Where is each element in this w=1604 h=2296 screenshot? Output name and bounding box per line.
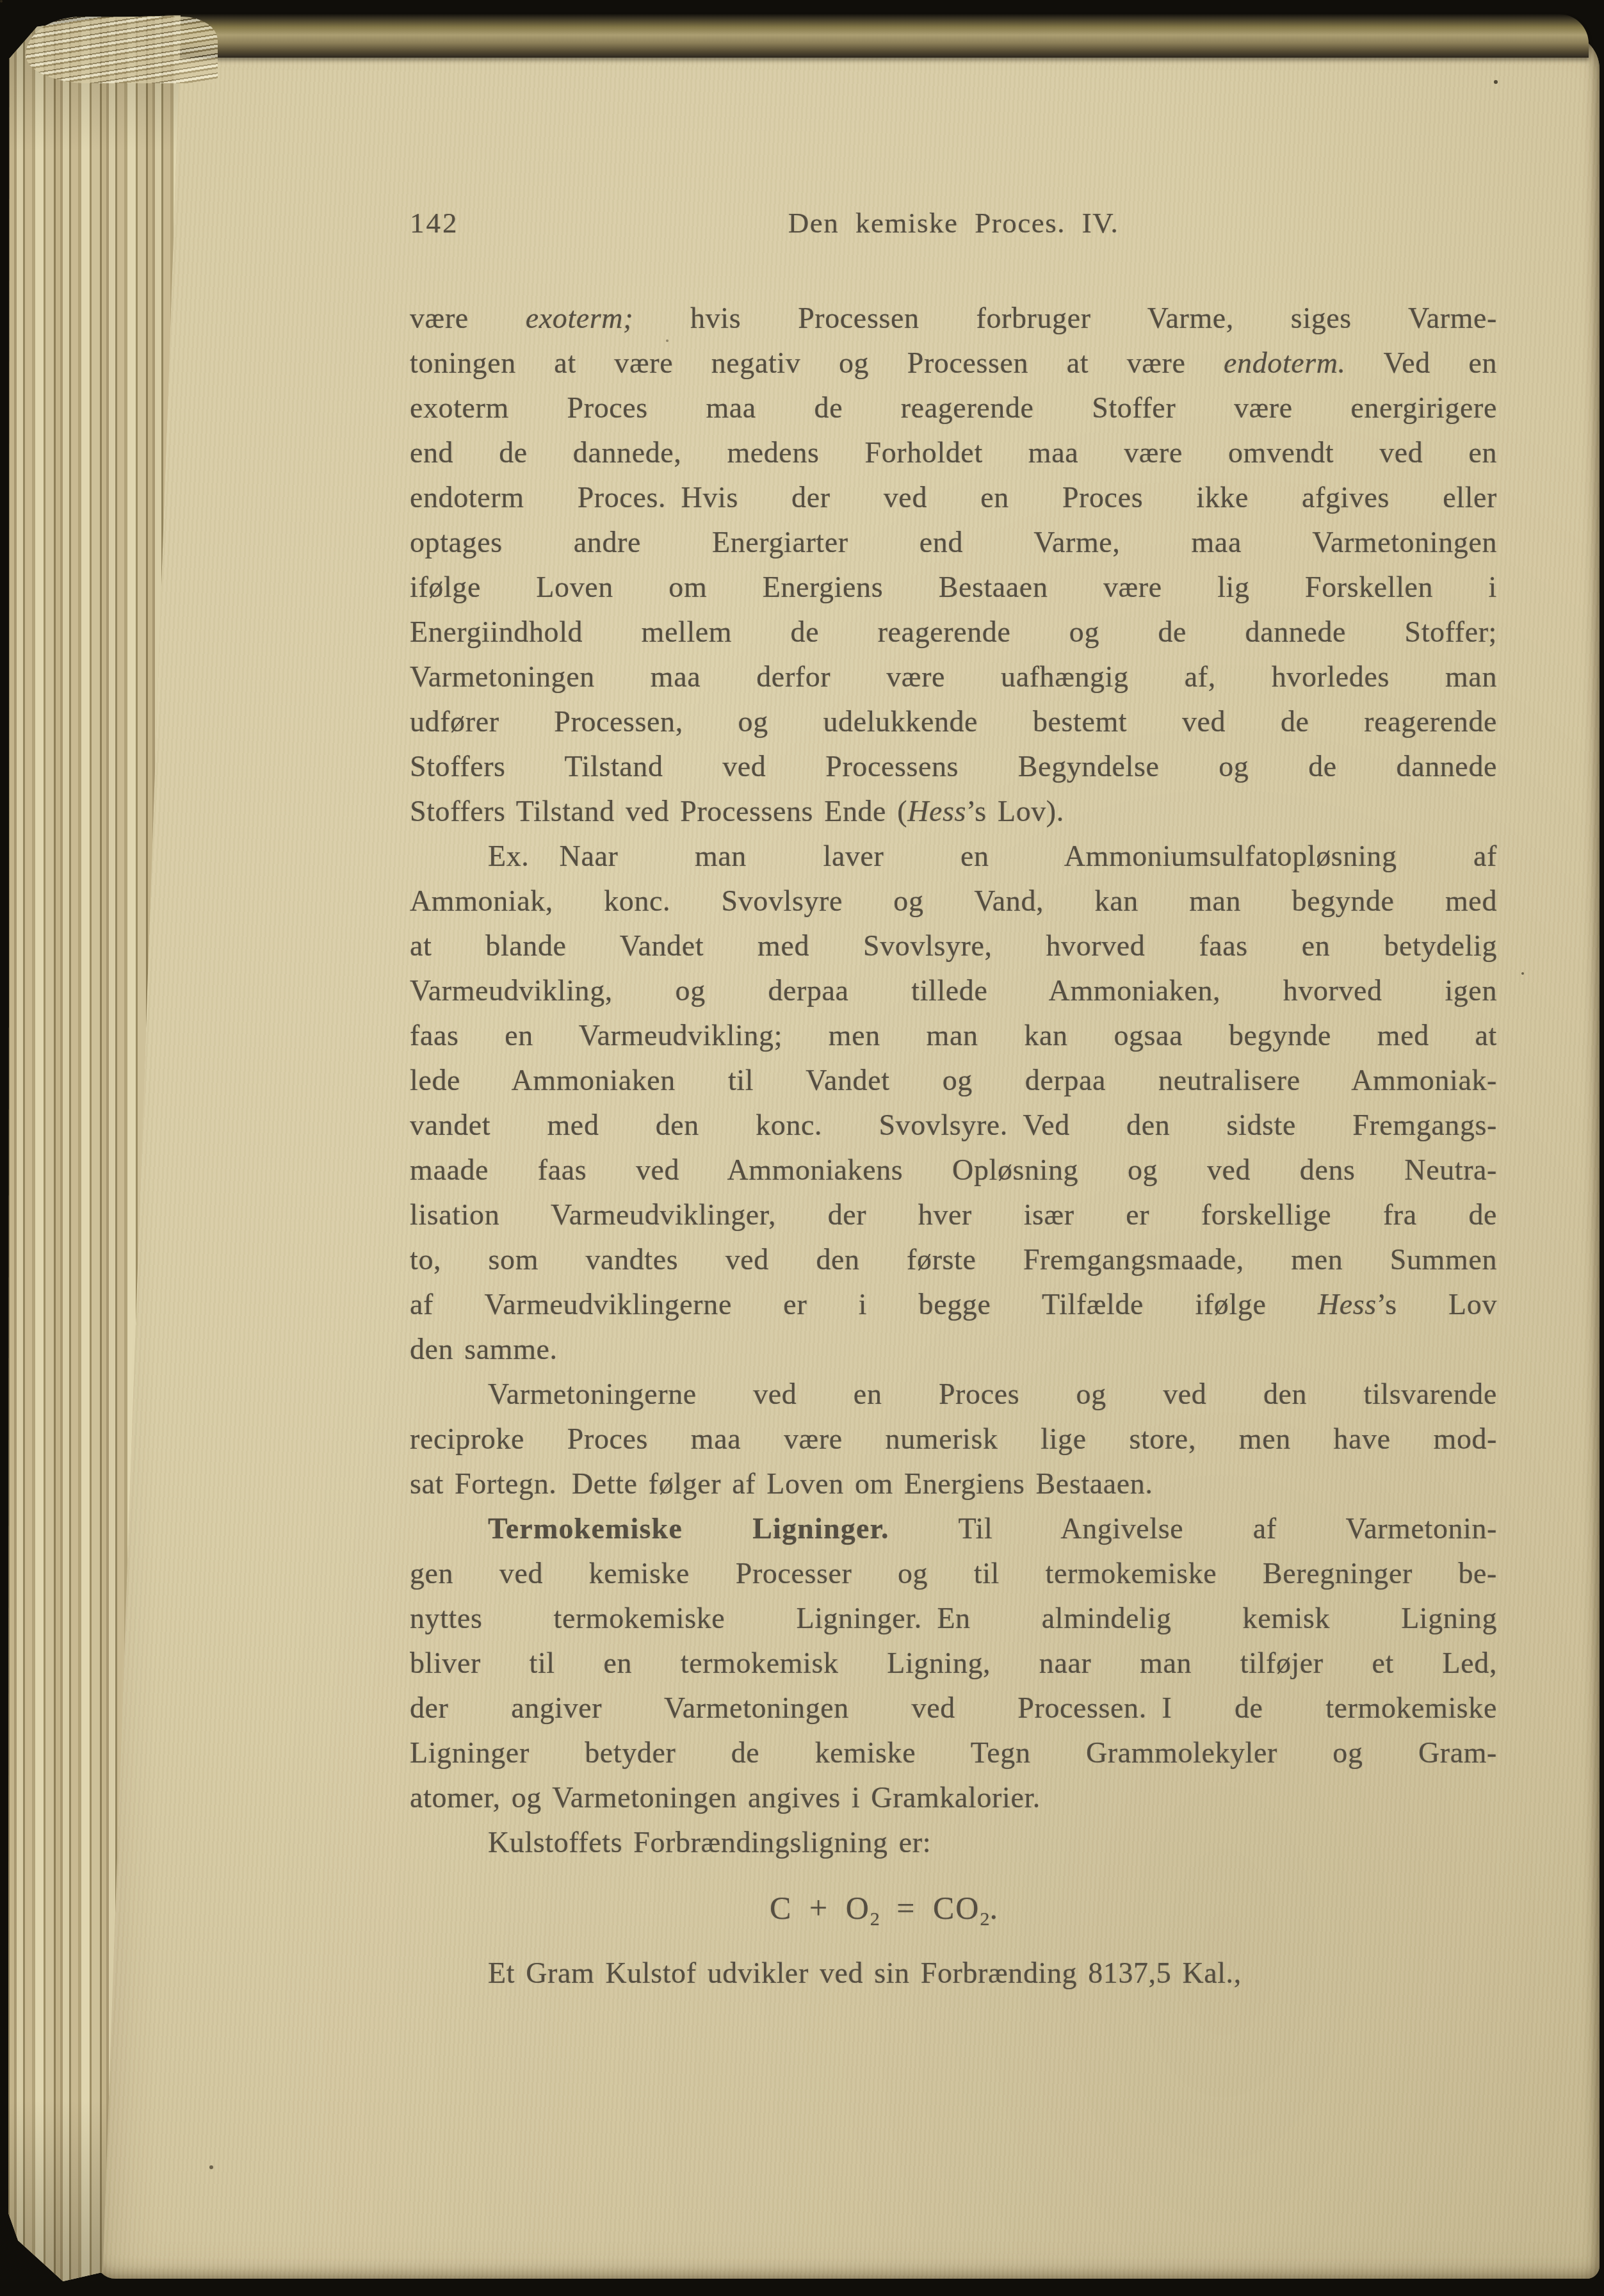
text-segment: toningen at være negativ og Processen at… <box>410 346 1224 379</box>
text-segment: . <box>989 1890 999 1926</box>
text-segment: Varmetoningerne ved en Proces og ved den… <box>488 1378 1497 1410</box>
text-segment: to, som vandtes ved den første Fremgangs… <box>410 1243 1497 1276</box>
text-segment: Varmeudvikling, og derpaa tillede Ammoni… <box>410 974 1497 1007</box>
text-segment: = CO <box>880 1890 980 1926</box>
text-line: Ligninger betyder de kemiske Tegn Grammo… <box>410 1730 1497 1775</box>
text-segment: udfører Processen, og udelukkende bestem… <box>410 705 1497 738</box>
text-segment: Stoffers Tilstand ved Processens Ende ( <box>410 795 907 827</box>
text-line: at blande Vandet med Svovlsyre, hvorved … <box>410 924 1497 968</box>
text-segment: at blande Vandet med Svovlsyre, hvorved … <box>410 929 1497 962</box>
text-line: af Varmeudviklingerne er i begge Tilfæld… <box>410 1282 1497 1327</box>
page-header: 142 Den kemiske Proces. IV. <box>410 204 1497 242</box>
text-segment: Ex. Naar man laver en Ammoniumsulfatoplø… <box>488 840 1497 872</box>
text-line: Termokemiske Ligninger. Til Angivelse af… <box>488 1506 1497 1551</box>
page-top-gilt-edge <box>163 14 1589 58</box>
text-line: Et Gram Kulstof udvikler ved sin Forbræn… <box>488 1951 1497 1996</box>
text-line: bliver til en termokemisk Ligning, naar … <box>410 1641 1497 1686</box>
body-text: være exoterm; hvis Processen forbruger V… <box>410 296 1497 1996</box>
text-segment: den samme. <box>410 1333 558 1365</box>
text-line: Varmetoningen maa derfor være uafhængig … <box>410 655 1497 699</box>
text-line: udfører Processen, og udelukkende bestem… <box>410 699 1497 744</box>
text-line: Kulstoffets Forbrændingsligning er: <box>488 1820 1497 1865</box>
text-segment: reciproke Proces maa være numerisk lige … <box>410 1422 1497 1455</box>
text-segment: lede Ammoniaken til Vandet og derpaa neu… <box>410 1064 1497 1096</box>
text-segment: maade faas ved Ammoniakens Opløsning og … <box>410 1153 1497 1186</box>
text-line: Ammoniak, konc. Svovlsyre og Vand, kan m… <box>410 879 1497 924</box>
text-line: Stoffers Tilstand ved Processens Begynde… <box>410 744 1497 789</box>
text-line: exoterm Proces maa de reagerende Stoffer… <box>410 386 1497 430</box>
text-segment: vandet med den konc. Svovlsyre. Ved den … <box>410 1109 1497 1141</box>
text-segment: lisation Varmeudviklinger, der hver især… <box>410 1198 1497 1231</box>
text-segment: være <box>410 302 526 334</box>
text-segment: bliver til en termokemisk Ligning, naar … <box>410 1647 1497 1679</box>
text-segment: sat Fortegn. Dette følger af Loven om En… <box>410 1467 1153 1500</box>
text-segment: Varmetoningen maa derfor være uafhængig … <box>410 660 1497 693</box>
text-line: Stoffers Tilstand ved Processens Ende (H… <box>410 789 1497 834</box>
text-segment: Energiindhold mellem de reagerende og de… <box>410 615 1497 648</box>
text-segment: Hess <box>1318 1288 1377 1321</box>
text-segment: gen ved kemiske Processer og til termoke… <box>410 1557 1497 1590</box>
text-segment: Til Angivelse af Varmetonin- <box>889 1512 1497 1545</box>
text-segment: af Varmeudviklingerne er i begge Tilfæld… <box>410 1288 1318 1321</box>
book-scan-scene: 142 Den kemiske Proces. IV. være exoterm… <box>0 0 1604 2296</box>
text-segment: der angiver Varmetoningen ved Processen.… <box>410 1691 1497 1724</box>
text-segment: Stoffers Tilstand ved Processens Begynde… <box>410 750 1497 783</box>
paragraph: Kulstoffets Forbrændingsligning er: <box>410 1820 1497 1865</box>
text-line: Varmeudvikling, og derpaa tillede Ammoni… <box>410 968 1497 1013</box>
text-line: nyttes termokemiske Ligninger. En almind… <box>410 1596 1497 1641</box>
text-line: Varmetoningerne ved en Proces og ved den… <box>488 1372 1497 1417</box>
text-segment: optages andre Energiarter end Varme, maa… <box>410 526 1497 558</box>
text-line: der angiver Varmetoningen ved Processen.… <box>410 1686 1497 1730</box>
text-segment: endoterm. <box>1224 346 1346 379</box>
paragraph: Ex. Naar man laver en Ammoniumsulfatoplø… <box>410 834 1497 1372</box>
text-line: Energiindhold mellem de reagerende og de… <box>410 610 1497 655</box>
paragraph: Varmetoningerne ved en Proces og ved den… <box>410 1372 1497 1506</box>
text-line: faas en Varmeudvikling; men man kan ogsa… <box>410 1013 1497 1058</box>
text-segment: nyttes termokemiske Ligninger. En almind… <box>410 1602 1497 1634</box>
paragraph: være exoterm; hvis Processen forbruger V… <box>410 296 1497 834</box>
text-segment: endoterm Proces. Hvis der ved en Proces … <box>410 481 1497 514</box>
text-segment: ifølge Loven om Energiens Bestaaen være … <box>410 571 1497 603</box>
text-line: Ex. Naar man laver en Ammoniumsulfatoplø… <box>488 834 1497 879</box>
text-line: reciproke Proces maa være numerisk lige … <box>410 1417 1497 1461</box>
text-segment: exoterm Proces maa de reagerende Stoffer… <box>410 391 1497 424</box>
text-line: toningen at være negativ og Processen at… <box>410 341 1497 386</box>
running-title: Den kemiske Proces. IV. <box>410 204 1497 242</box>
text-line: optages andre Energiarter end Varme, maa… <box>410 520 1497 565</box>
text-segment: end de dannede, medens Forholdet maa vær… <box>410 436 1497 469</box>
text-segment: ’s Lov <box>1377 1288 1497 1321</box>
text-segment: Termokemiske Ligninger. <box>488 1512 889 1545</box>
text-segment: 2 <box>870 1909 880 1930</box>
text-segment: Ved en <box>1346 346 1497 379</box>
paragraph: Et Gram Kulstof udvikler ved sin Forbræn… <box>410 1951 1497 1996</box>
text-line: lede Ammoniaken til Vandet og derpaa neu… <box>410 1058 1497 1103</box>
text-line: gen ved kemiske Processer og til termoke… <box>410 1551 1497 1596</box>
page-curl-top-left <box>26 17 218 83</box>
text-line: sat Fortegn. Dette følger af Loven om En… <box>410 1461 1497 1506</box>
text-segment: Kulstoffets Forbrændingsligning er: <box>488 1826 931 1859</box>
chemical-equation: C + O2 = CO2. <box>410 1885 1359 1930</box>
text-segment: hvis Processen forbruger Varme, siges Va… <box>633 302 1497 334</box>
text-segment: exoterm; <box>526 302 633 334</box>
text-segment: ’s Lov). <box>966 795 1064 827</box>
paper-specks <box>0 0 3 3</box>
text-line: den samme. <box>410 1327 1497 1372</box>
text-segment: Hess <box>907 795 966 827</box>
text-line: end de dannede, medens Forholdet maa vær… <box>410 430 1497 475</box>
text-line: maade faas ved Ammoniakens Opløsning og … <box>410 1148 1497 1193</box>
text-segment: faas en Varmeudvikling; men man kan ogsa… <box>410 1019 1497 1052</box>
text-line: atomer, og Varmetoningen angives i Gramk… <box>410 1775 1497 1820</box>
text-segment: Ammoniak, konc. Svovlsyre og Vand, kan m… <box>410 884 1497 917</box>
text-line: lisation Varmeudviklinger, der hver især… <box>410 1193 1497 1237</box>
text-line: vandet med den konc. Svovlsyre. Ved den … <box>410 1103 1497 1148</box>
paragraph: Termokemiske Ligninger. Til Angivelse af… <box>410 1506 1497 1820</box>
text-line: to, som vandtes ved den første Fremgangs… <box>410 1237 1497 1282</box>
text-segment: 2 <box>980 1909 989 1930</box>
text-line: endoterm Proces. Hvis der ved en Proces … <box>410 475 1497 520</box>
text-segment: C + O <box>770 1890 870 1926</box>
text-line: ifølge Loven om Energiens Bestaaen være … <box>410 565 1497 610</box>
text-segment: Ligninger betyder de kemiske Tegn Grammo… <box>410 1736 1497 1769</box>
text-segment: Et Gram Kulstof udvikler ved sin Forbræn… <box>488 1957 1242 1989</box>
text-line: være exoterm; hvis Processen forbruger V… <box>410 296 1497 341</box>
text-segment: atomer, og Varmetoningen angives i Gramk… <box>410 1781 1041 1814</box>
